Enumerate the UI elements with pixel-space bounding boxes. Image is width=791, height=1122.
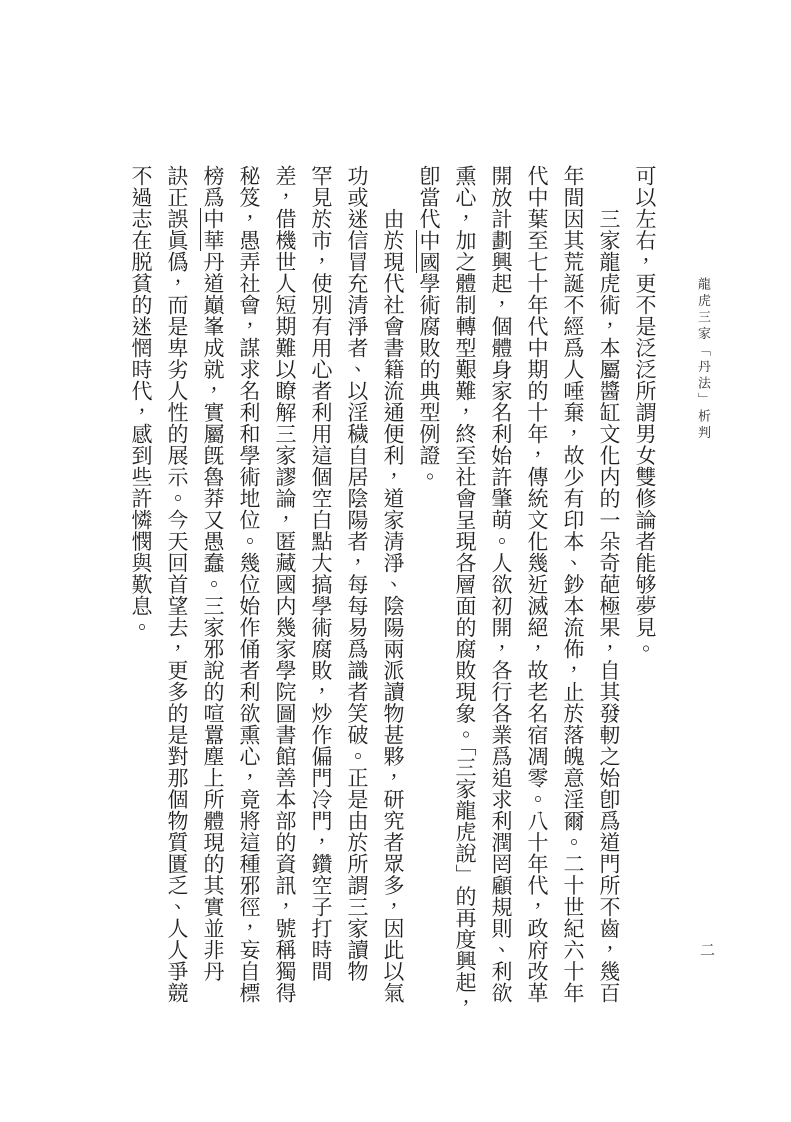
body-text: 可以左右，更不是泛泛所謂男女雙修論者能够夢見。 三家龍虎術，本屬醬缸文化内的一朵… — [123, 165, 663, 1033]
proper-noun-mark: 中國 — [416, 230, 441, 273]
page-number: 二 — [700, 939, 715, 960]
book-page: 龍虎三家「丹法」析判 可以左右，更不是泛泛所謂男女雙修論者能够夢見。 三家龍虎術… — [0, 0, 791, 1122]
running-head-title: 龍虎三家「丹法」析判 — [694, 277, 713, 442]
proper-noun-mark: 中華 — [200, 208, 225, 251]
